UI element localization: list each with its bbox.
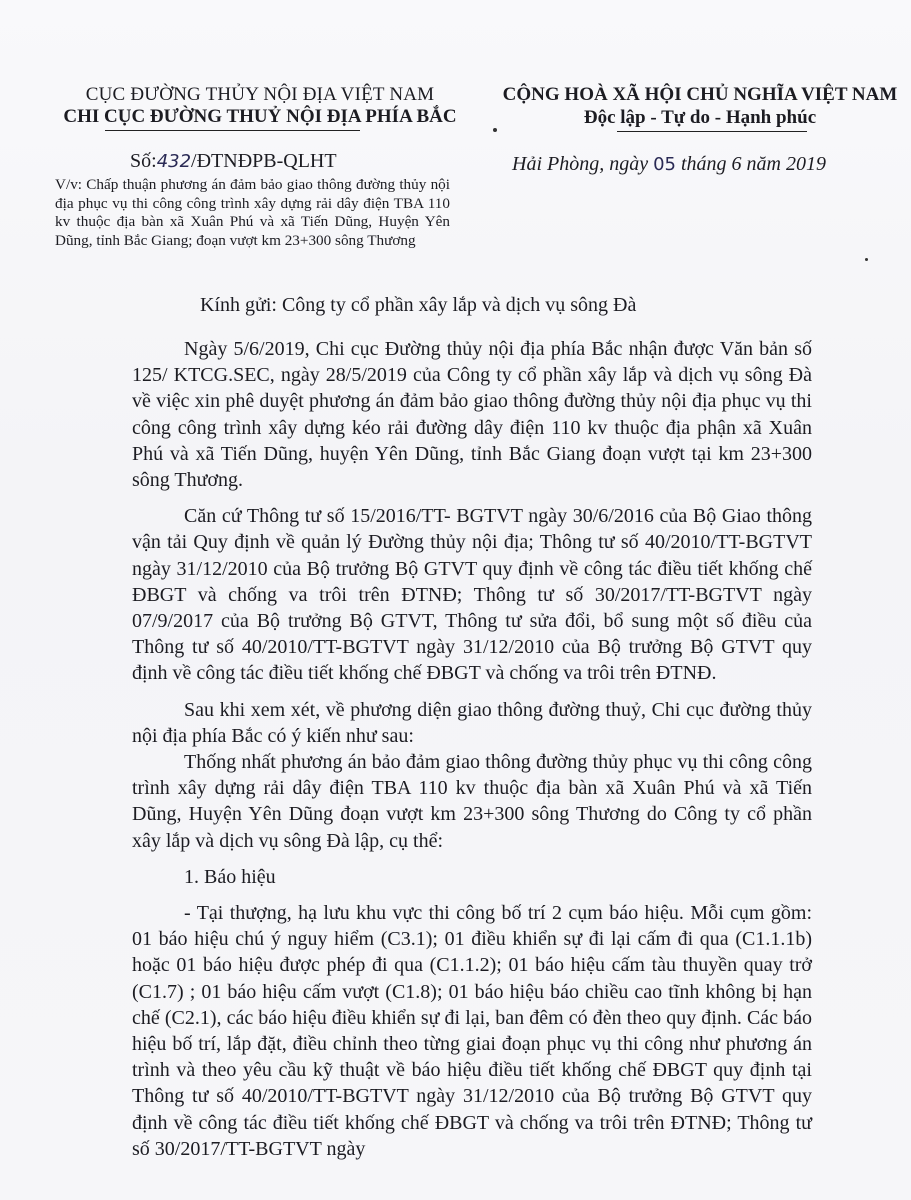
document-page: CỤC ĐƯỜNG THỦY NỘI ĐỊA VIỆT NAM CHI CỤC … [0,0,911,1200]
national-header-block: CỘNG HOÀ XÃ HỘI CHỦ NGHĨA VIỆT NAM Độc l… [490,84,910,132]
place-date-prefix: Hải Phòng, ngày [512,153,653,175]
section-heading: 1. Báo hiệu [132,864,812,890]
agency-name: CHI CỤC ĐƯỜNG THUỶ NỘI ĐỊA PHÍA BẮC [60,106,460,128]
motto-underline [617,131,807,132]
recipient-line: Kính gửi: Công ty cổ phần xây lắp và dịc… [200,294,636,317]
place-date: Hải Phòng, ngày 05 tháng 6 năm 2019 [512,153,826,176]
body-paragraph: Sau khi xem xét, về phương diện giao thô… [132,697,812,749]
national-motto: Độc lập - Tự do - Hạnh phúc [490,106,910,130]
body-paragraph: Căn cứ Thông tư số 15/2016/TT- BGTVT ngà… [132,503,812,686]
doc-number-prefix: Số: [130,150,157,172]
agency-parent: CỤC ĐƯỜNG THỦY NỘI ĐỊA VIỆT NAM [60,84,460,106]
scan-speck [865,258,868,261]
scan-speck [493,128,497,132]
body-paragraph: - Tại thượng, hạ lưu khu vực thi công bố… [132,900,812,1162]
body-paragraph: Thống nhất phương án bảo đảm giao thông … [132,749,812,854]
issuing-agency-block: CỤC ĐƯỜNG THỦY NỘI ĐỊA VIỆT NAM CHI CỤC … [60,84,460,131]
document-number: Số:432/ĐTNĐPB-QLHT [130,150,337,173]
agency-underline [105,130,360,131]
doc-number-suffix: /ĐTNĐPB-QLHT [191,150,337,172]
place-date-suffix: tháng 6 năm 2019 [676,153,826,175]
nation-title: CỘNG HOÀ XÃ HỘI CHỦ NGHĨA VIỆT NAM [490,84,910,106]
document-subject: V/v: Chấp thuận phương án đảm bảo giao t… [55,176,450,250]
document-body: Ngày 5/6/2019, Chi cục Đường thủy nội đị… [132,336,812,1162]
date-day-handwritten: 05 [653,154,676,175]
body-paragraph: Ngày 5/6/2019, Chi cục Đường thủy nội đị… [132,336,812,493]
doc-number-handwritten: 432 [157,151,191,172]
